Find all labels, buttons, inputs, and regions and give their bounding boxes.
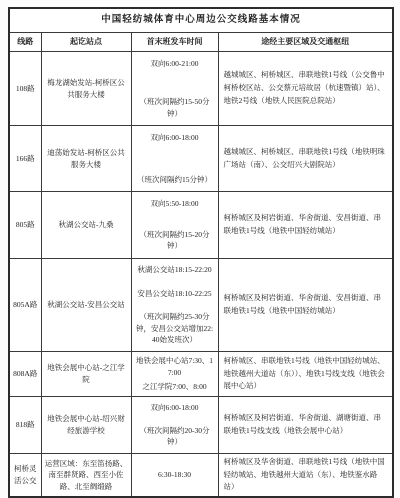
stations-cell: 秋湖公交站-安昌公交站 [41,259,131,352]
route-cell: 805A路 [9,259,41,352]
time-note: （班次间隔约20-30分钟） [136,425,214,448]
time-cell: 6:30-18:30 [131,453,218,497]
time-cell: 双向5:50-18:00 （班次间隔约15-20分钟） [131,192,218,259]
time-note: （班次间隔约15-20分钟） [136,229,214,252]
time-main: 6:30-18:30 [158,469,191,481]
document-page: 中国轻纺城体育中心周边公交线路基本情况 线路 起讫站点 首末班发车时间 途经主要… [0,0,400,498]
route-cell: 108路 [9,52,41,126]
time-main: 双向6:00-18:00 [151,402,199,414]
route-cell: 166路 [9,126,41,192]
time-main: 双向6:00-21:00 [151,58,199,70]
areas-cell: 柯桥城区及柯岩街道、华舍街道、安昌街道、串联地铁1号线（地铁中国轻纺城站） [218,192,393,259]
stations-label: 迪荡始发站-柯桥区公共服务大楼 [47,148,125,169]
areas-cell: 柯桥城区及柯岩街道、华舍街道、湖塘街道、串联地铁1号线支线（地铁会展中心站） [218,396,393,453]
route-label: 805A路 [13,300,37,309]
route-label: 808A路 [13,369,37,378]
route-label: 166路 [16,154,35,163]
time-note: （班次间隔约25-30分钟，安昌公交站增加22:40始发班次） [136,311,214,346]
time-secondary: 安昌公交站18:10-22:25 [137,288,211,300]
areas-cell: 柯桥城区及柯岩街道、华舍街道、安昌街道、串联地铁1号线（地铁中国轻纺城站） [218,259,393,352]
stations-label: 秋湖公交站-安昌公交站 [47,300,125,309]
header-stations: 起讫站点 [41,33,131,52]
page-title: 中国轻纺城体育中心周边公交线路基本情况 [9,8,393,33]
time-note: （班次间隔约15-50分钟） [136,96,214,119]
table-row: 805A路 秋湖公交站-安昌公交站 秋湖公交站18:15-22:20 安昌公交站… [9,259,393,352]
stations-cell: 秋湖公交站-九桑 [41,192,131,259]
areas-cell: 越城城区、柯桥城区、串联地铁1号线（地铁明珠广场站（南）、公交绍兴大剧院站） [218,126,393,192]
header-row: 线路 起讫站点 首末班发车时间 途经主要区域及交通枢纽 [9,33,393,52]
table-row: 805路 秋湖公交站-九桑 双向5:50-18:00 （班次间隔约15-20分钟… [9,192,393,259]
areas-label: 柯桥城区及柯岩街道、华舍街道、安昌街道、串联地铁1号线（地铁中国轻纺城站） [224,213,382,235]
table-row: 166路 迪荡始发站-柯桥区公共服务大楼 双向6:00-18:00 （班次间隔约… [9,126,393,192]
table-row: 柯桥灵活公交 运营区域：东至笛扬路、南至群贤路、西至小佐路、北至绸缎路 6:30… [9,453,393,497]
route-cell: 818路 [9,396,41,453]
areas-label: 柯桥城区及华舍街道、串联地铁1号线（地铁中国轻纺城站、地铁越州大道站（东）、地铁… [224,457,385,492]
areas-label: 柯桥城区及柯岩街道、华舍街道、湖塘街道、串联地铁1号线支线（地铁会展中心站） [224,413,382,435]
stations-label: 运营区域：东至笛扬路、南至群贤路、西至小佐路、北至绸缎路 [45,459,128,491]
stations-cell: 运营区域：东至笛扬路、南至群贤路、西至小佐路、北至绸缎路 [41,453,131,497]
time-cell: 秋湖公交站18:15-22:20 安昌公交站18:10-22:25 （班次间隔约… [131,259,218,352]
areas-label: 柯桥城区及柯岩街道、华舍街道、安昌街道、串联地铁1号线（地铁中国轻纺城站） [224,293,382,315]
stations-label: 梅龙湖始发站-柯桥区公共服务大楼 [47,78,125,99]
areas-label: 柯桥城区、串联地铁1号线（地铁中国轻纺城站、地铁越州大道站（东））、地铁1号线支… [224,356,385,391]
route-cell: 805路 [9,192,41,259]
time-cell: 地铁会展中心站7:30、17:00 之江学院7:00、8:00 [131,352,218,397]
route-cell: 808A路 [9,352,41,397]
stations-label: 地铁会展中心站-之江学院 [47,363,125,384]
route-label: 805路 [16,220,35,229]
table-row: 808A路 地铁会展中心站-之江学院 地铁会展中心站7:30、17:00 之江学… [9,352,393,397]
table-row: 818路 地铁会展中心站-绍兴财经旅游学校 双向6:00-18:00 （班次间隔… [9,396,393,453]
stations-cell: 地铁会展中心站-之江学院 [41,352,131,397]
route-label: 108路 [16,84,35,93]
time-cell: 双向6:00-18:00 （班次间隔约20-30分钟） [131,396,218,453]
stations-label: 秋湖公交站-九桑 [59,220,114,229]
areas-label: 越城城区、柯桥城区、串联地铁1号线（地铁明珠广场站（南）、公交绍兴大剧院站） [224,147,385,169]
time-cell: 双向6:00-18:00 （班次间隔约15分钟） [131,126,218,192]
time-main: 双向6:00-18:00 [151,132,199,144]
time-main: 双向5:50-18:00 [151,198,199,210]
areas-label: 越城城区、柯桥城区、串联地铁1号线（公交鲁中柯桥校区站、公交蔡元培故居（杭速暨镇… [224,70,385,105]
time-main: 地铁会展中心站7:30、17:00 [136,355,214,378]
time-note: （班次间隔约15分钟） [137,174,212,186]
areas-cell: 越城城区、柯桥城区、串联地铁1号线（公交鲁中柯桥校区站、公交蔡元培故居（杭速暨镇… [218,52,393,126]
stations-cell: 梅龙湖始发站-柯桥区公共服务大楼 [41,52,131,126]
bus-route-table: 中国轻纺城体育中心周边公交线路基本情况 线路 起讫站点 首末班发车时间 途经主要… [8,7,394,498]
route-label: 柯桥灵活公交 [14,464,37,485]
table-row: 108路 梅龙湖始发站-柯桥区公共服务大楼 双向6:00-21:00 （班次间隔… [9,52,393,126]
route-label: 818路 [16,420,35,429]
header-areas: 途经主要区域及交通枢纽 [218,33,393,52]
time-cell: 双向6:00-21:00 （班次间隔约15-50分钟） [131,52,218,126]
areas-cell: 柯桥城区、串联地铁1号线（地铁中国轻纺城站、地铁越州大道站（东））、地铁1号线支… [218,352,393,397]
areas-cell: 柯桥城区及华舍街道、串联地铁1号线（地铁中国轻纺城站、地铁越州大道站（东）、地铁… [218,453,393,497]
header-time: 首末班发车时间 [131,33,218,52]
header-route: 线路 [9,33,41,52]
stations-label: 地铁会展中心站-绍兴财经旅游学校 [47,414,125,435]
stations-cell: 地铁会展中心站-绍兴财经旅游学校 [41,396,131,453]
route-cell: 柯桥灵活公交 [9,453,41,497]
time-main: 秋湖公交站18:15-22:20 [137,264,211,276]
time-secondary: 之江学院7:00、8:00 [142,381,206,393]
stations-cell: 迪荡始发站-柯桥区公共服务大楼 [41,126,131,192]
title-row: 中国轻纺城体育中心周边公交线路基本情况 [9,8,393,33]
